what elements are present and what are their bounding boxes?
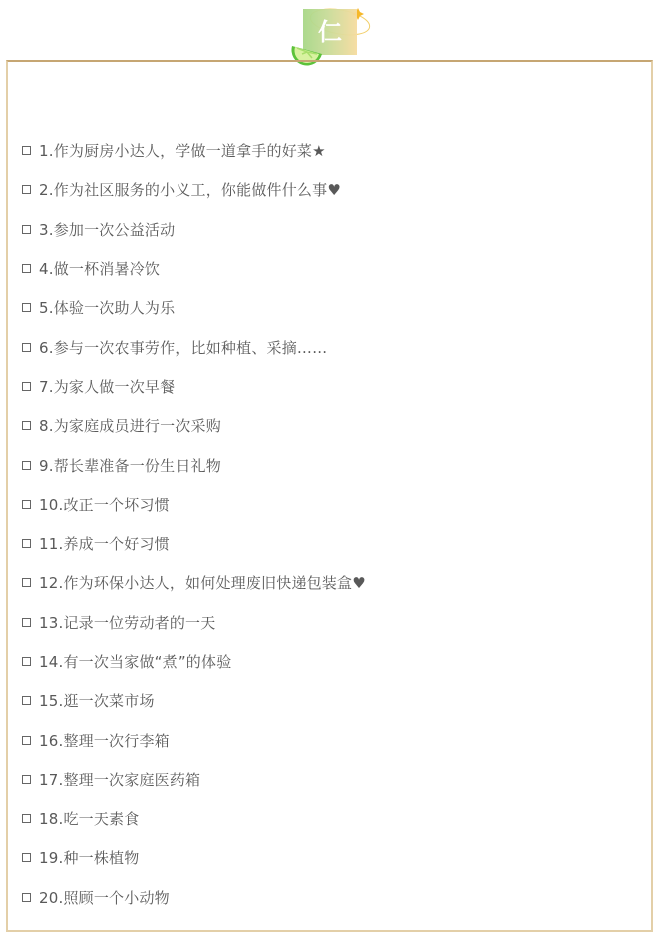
- checklist-item-label: 14.有一次当家做“煮”的体验: [39, 651, 231, 672]
- checklist-item-label: 9.帮长辈准备一份生日礼物: [39, 455, 221, 476]
- checklist-item-label: 13.记录一位劳动者的一天: [39, 612, 215, 633]
- checkbox-icon[interactable]: [22, 500, 31, 509]
- checklist-item: 3.参加一次公益活动: [22, 210, 366, 249]
- checkbox-icon[interactable]: [22, 736, 31, 745]
- checklist-item: 5.体验一次助人为乐: [22, 288, 366, 327]
- checklist-item-label: 12.作为环保小达人，如何处理废旧快递包装盒♥: [39, 572, 366, 593]
- checklist-item-label: 5.体验一次助人为乐: [39, 297, 175, 318]
- checklist-item: 6.参与一次农事劳作，比如种植、采摘……: [22, 327, 366, 366]
- checkbox-icon[interactable]: [22, 539, 31, 548]
- checkbox-icon[interactable]: [22, 421, 31, 430]
- checkbox-icon[interactable]: [22, 225, 31, 234]
- checklist-item-label: 16.整理一次行李箱: [39, 730, 170, 751]
- checklist-item: 18.吃一天素食: [22, 799, 366, 838]
- checklist-item-label: 7.为家人做一次早餐: [39, 376, 175, 397]
- checklist-item: 17.整理一次家庭医药箱: [22, 760, 366, 799]
- checklist-item: 4.做一杯消暑冷饮: [22, 249, 366, 288]
- header-badge: 仁: [288, 2, 378, 66]
- checklist-item: 14.有一次当家做“煮”的体验: [22, 642, 366, 681]
- checklist-item: 15.逛一次菜市场: [22, 681, 366, 720]
- checkbox-icon[interactable]: [22, 343, 31, 352]
- checkbox-icon[interactable]: [22, 264, 31, 273]
- checklist-item: 10.改正一个坏习惯: [22, 485, 366, 524]
- checklist-item: 7.为家人做一次早餐: [22, 367, 366, 406]
- checkbox-icon[interactable]: [22, 657, 31, 666]
- checkbox-icon[interactable]: [22, 893, 31, 902]
- checkbox-icon[interactable]: [22, 775, 31, 784]
- checklist-item: 20.照顾一个小动物: [22, 878, 366, 917]
- checkbox-icon[interactable]: [22, 853, 31, 862]
- checklist-item-label: 19.种一株植物: [39, 847, 139, 868]
- checkbox-icon[interactable]: [22, 618, 31, 627]
- checklist-item-label: 8.为家庭成员进行一次采购: [39, 415, 221, 436]
- checklist-item-label: 18.吃一天素食: [39, 808, 139, 829]
- checkbox-icon[interactable]: [22, 303, 31, 312]
- checkbox-icon[interactable]: [22, 146, 31, 155]
- checkbox-icon[interactable]: [22, 814, 31, 823]
- checklist-item: 12.作为环保小达人，如何处理废旧快递包装盒♥: [22, 563, 366, 602]
- checklist-item-label: 20.照顾一个小动物: [39, 887, 170, 908]
- task-checklist: 1.作为厨房小达人，学做一道拿手的好菜★2.作为社区服务的小义工，你能做件什么事…: [22, 131, 366, 917]
- checklist-item: 11.养成一个好习惯: [22, 524, 366, 563]
- checkbox-icon[interactable]: [22, 185, 31, 194]
- checklist-item: 13.记录一位劳动者的一天: [22, 603, 366, 642]
- checklist-item-label: 11.养成一个好习惯: [39, 533, 170, 554]
- checklist-item-label: 4.做一杯消暑冷饮: [39, 258, 160, 279]
- checklist-item: 2.作为社区服务的小义工，你能做件什么事♥: [22, 170, 366, 209]
- checklist-item-label: 6.参与一次农事劳作，比如种植、采摘……: [39, 337, 327, 358]
- checkbox-icon[interactable]: [22, 382, 31, 391]
- checkbox-icon[interactable]: [22, 461, 31, 470]
- checklist-item: 16.整理一次行李箱: [22, 720, 366, 759]
- checklist-item: 1.作为厨房小达人，学做一道拿手的好菜★: [22, 131, 366, 170]
- checklist-item: 8.为家庭成员进行一次采购: [22, 406, 366, 445]
- checklist-item-label: 1.作为厨房小达人，学做一道拿手的好菜★: [39, 140, 326, 161]
- checkbox-icon[interactable]: [22, 578, 31, 587]
- checklist-item: 9.帮长辈准备一份生日礼物: [22, 445, 366, 484]
- checkbox-icon[interactable]: [22, 696, 31, 705]
- checklist-item-label: 17.整理一次家庭医药箱: [39, 769, 200, 790]
- checklist-item-label: 10.改正一个坏习惯: [39, 494, 170, 515]
- checklist-item: 19.种一株植物: [22, 838, 366, 877]
- checklist-item-label: 15.逛一次菜市场: [39, 690, 155, 711]
- checklist-item-label: 3.参加一次公益活动: [39, 219, 175, 240]
- checklist-item-label: 2.作为社区服务的小义工，你能做件什么事♥: [39, 179, 341, 200]
